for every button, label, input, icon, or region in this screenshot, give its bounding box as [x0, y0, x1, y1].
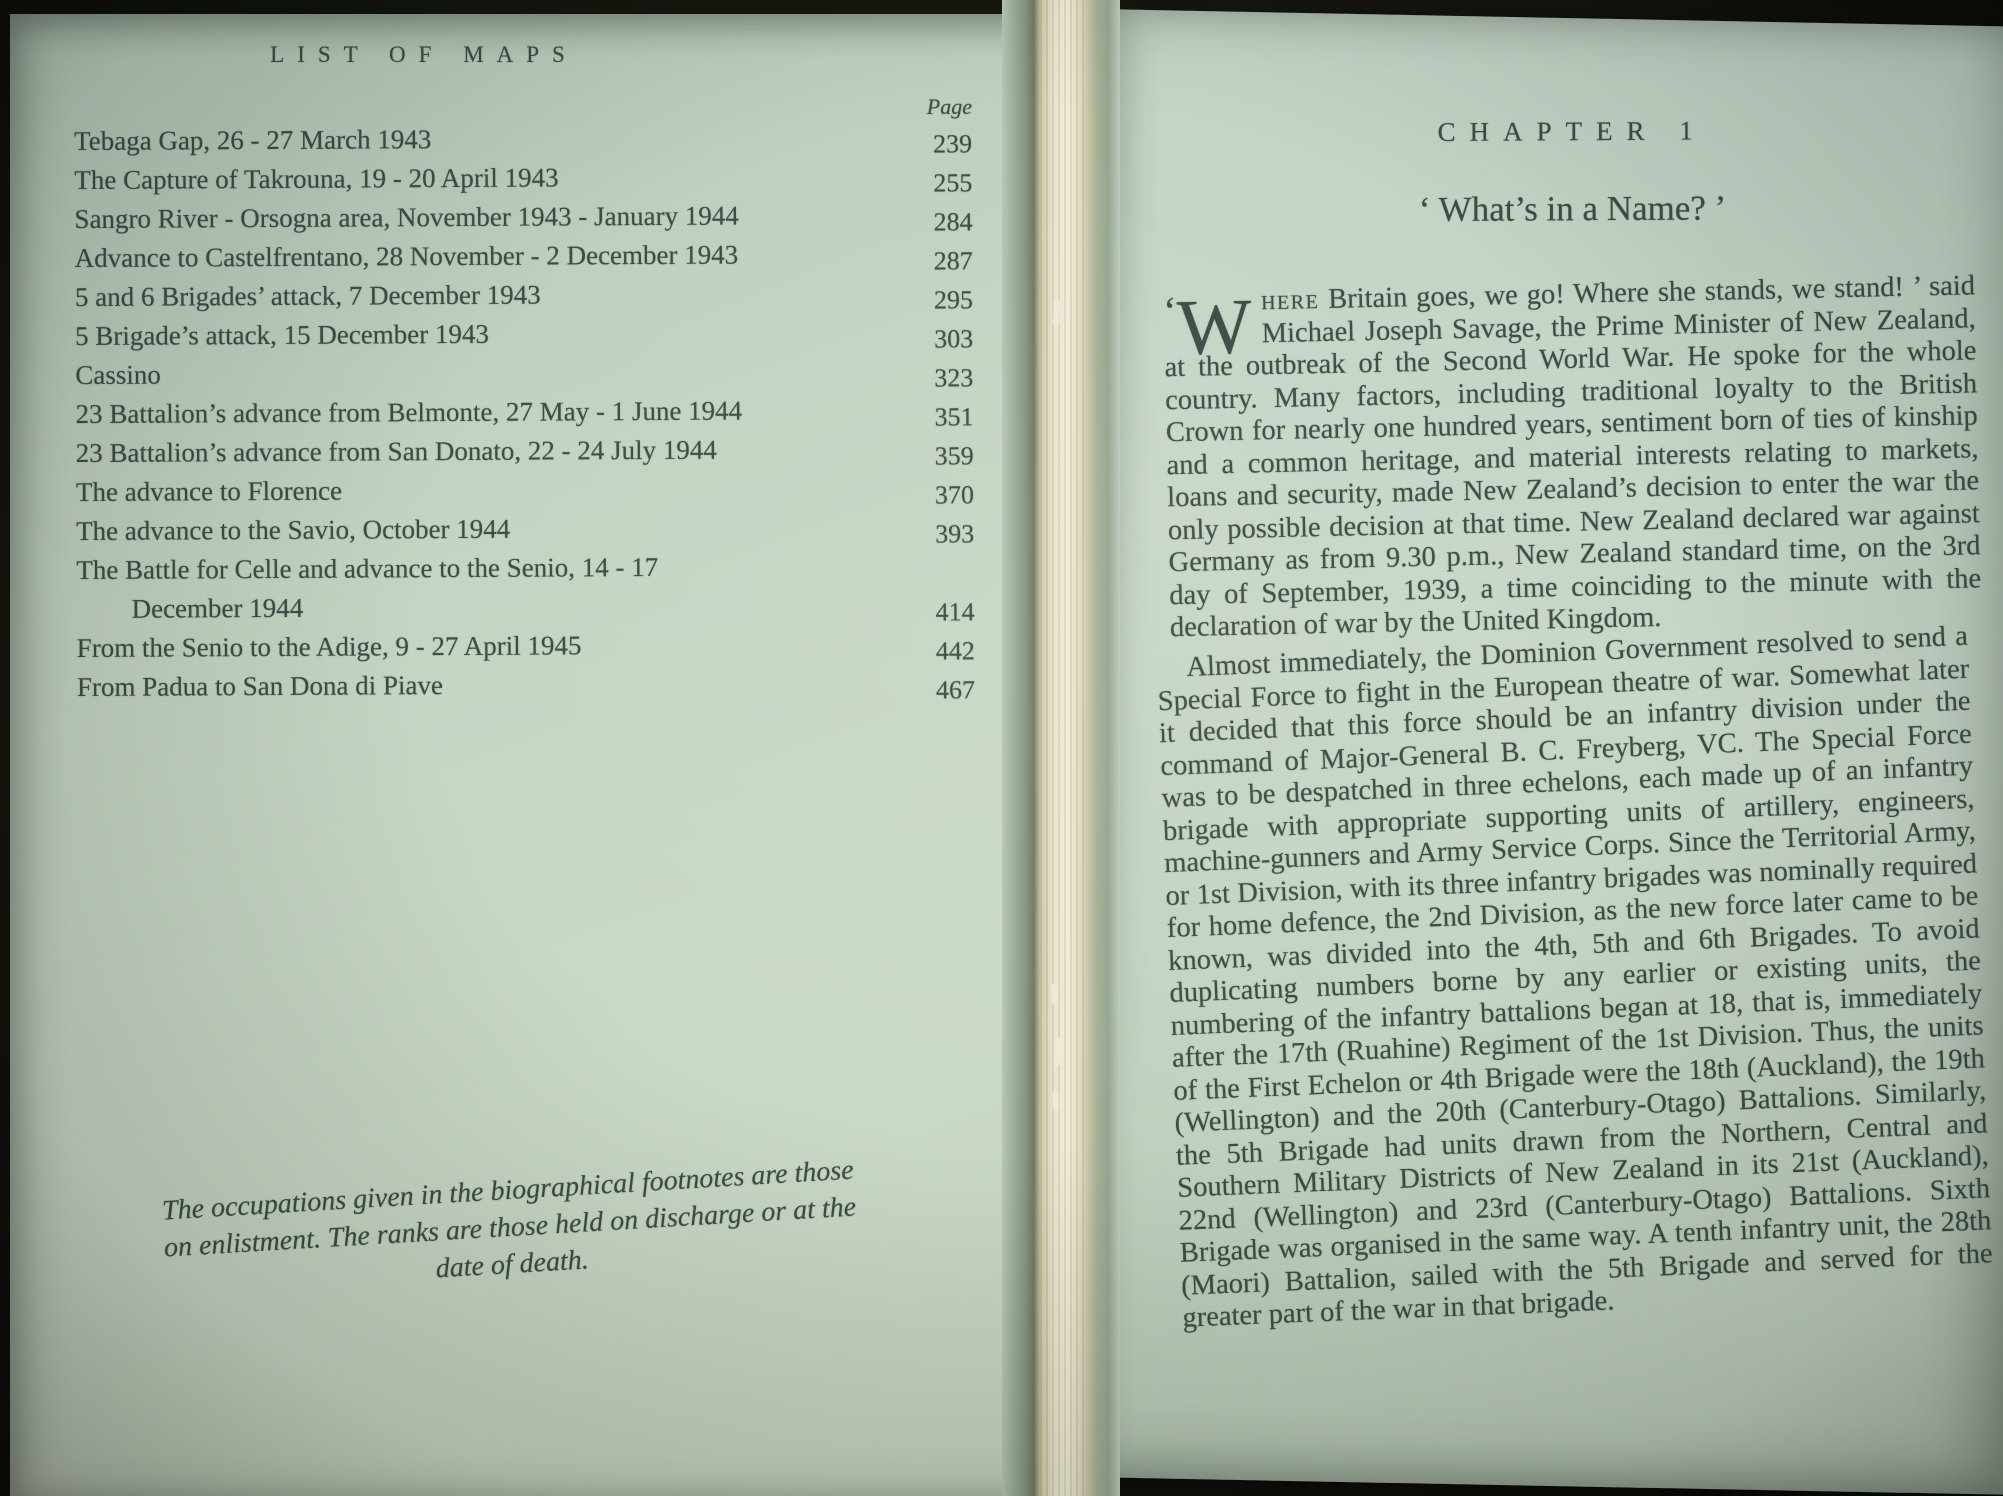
map-entry: The advance to Florence370 — [76, 468, 974, 512]
map-entry: Cassino323 — [75, 351, 973, 395]
map-entry-title: Tebaga Gap, 26 - 27 March 1943 — [74, 120, 431, 161]
map-entry-title: Cassino — [75, 356, 161, 395]
dropcap: ‘W — [1163, 289, 1252, 349]
smallcaps-lead: here — [1261, 284, 1320, 316]
map-entry-title: The Capture of Takrouna, 19 - 20 April 1… — [74, 158, 558, 200]
map-entry-title: 5 Brigade’s attack, 15 December 1943 — [75, 315, 489, 356]
left-page: LIST OF MAPS Page Tebaga Gap, 26 - 27 Ma… — [10, 14, 1050, 1496]
map-entry-page-number: 284 — [900, 202, 972, 241]
chapter-title: ‘ What’s in a Name? ’ — [1166, 187, 1978, 231]
map-entry-page-number: 351 — [901, 397, 973, 436]
map-list: Tebaga Gap, 26 - 27 March 1943239The Cap… — [74, 117, 975, 707]
open-book-photo: LIST OF MAPS Page Tebaga Gap, 26 - 27 Ma… — [0, 0, 2003, 1496]
map-entry: 23 Battalion’s advance from Belmonte, 27… — [75, 390, 973, 434]
map-entry-page-number: 370 — [902, 475, 974, 514]
map-entry-page-number: 323 — [901, 358, 973, 397]
map-entry-page-number: 467 — [903, 670, 975, 709]
list-of-maps-heading: LIST OF MAPS — [74, 42, 774, 68]
binding-stitch — [1053, 1092, 1059, 1110]
map-entry-title: The advance to Florence — [76, 472, 342, 512]
map-entry: Tebaga Gap, 26 - 27 March 1943239 — [74, 117, 972, 161]
map-entry-page-number: 442 — [903, 631, 975, 670]
biographical-footnote: The occupations given in the biographica… — [67, 1146, 952, 1309]
map-entry: 5 Brigade’s attack, 15 December 1943303 — [75, 312, 973, 356]
chapter-body: ‘Where Britain goes, we go! Where she st… — [1143, 287, 1975, 1350]
map-entry: The advance to the Savio, October 194439… — [76, 507, 974, 551]
map-entry-page-number: 255 — [900, 163, 972, 202]
map-entry-title: 23 Battalion’s advance from Belmonte, 27… — [75, 392, 742, 434]
map-entry-title: Advance to Castelfrentano, 28 November -… — [75, 236, 739, 278]
paragraph-1-text: Britain goes, we go! Where she stands, w… — [1164, 270, 1981, 643]
paragraph-1: ‘Where Britain goes, we go! Where she st… — [1163, 270, 1982, 644]
map-entry: The Capture of Takrouna, 19 - 20 April 1… — [74, 156, 972, 200]
map-entry: Advance to Castelfrentano, 28 November -… — [75, 234, 973, 278]
map-entry-title: The Battle for Celle and advance to the … — [76, 548, 658, 629]
map-entry: Sangro River - Orsogna area, November 19… — [74, 195, 972, 239]
map-entry-title: 23 Battalion’s advance from San Donato, … — [76, 431, 717, 473]
chapter-number: CHAPTER 1 — [1166, 114, 1978, 149]
page-column-label: Page — [74, 94, 972, 120]
chapter-heading-block: CHAPTER 1 ‘ What’s in a Name? ’ — [1166, 114, 1979, 231]
map-entry-page-number: 295 — [901, 280, 973, 319]
map-entry-page-number: 303 — [901, 319, 973, 358]
map-entry-title: From Padua to San Dona di Piave — [77, 666, 443, 707]
map-entry-title: Sangro River - Orsogna area, November 19… — [74, 197, 739, 239]
left-page-content: LIST OF MAPS Page Tebaga Gap, 26 - 27 Ma… — [10, 14, 1050, 1496]
right-page: CHAPTER 1 ‘ What’s in a Name? ’ ‘Where B… — [1084, 9, 2003, 1494]
map-entry: From Padua to San Dona di Piave467 — [77, 663, 975, 707]
map-entry: 5 and 6 Brigades’ attack, 7 December 194… — [75, 273, 973, 317]
map-entry-title: 5 and 6 Brigades’ attack, 7 December 194… — [75, 276, 541, 317]
page-edges — [1040, 0, 1085, 1496]
map-entry-page-number: 393 — [902, 514, 974, 553]
binding-stitch — [1051, 984, 1057, 1004]
map-entry: 23 Battalion’s advance from San Donato, … — [76, 429, 974, 473]
map-entry-page-number: 287 — [901, 241, 973, 280]
map-entry-title: From the Senio to the Adige, 9 - 27 Apri… — [77, 626, 582, 668]
right-page-content: CHAPTER 1 ‘ What’s in a Name? ’ ‘Where B… — [1084, 9, 2003, 1494]
map-entry-page-number: 359 — [902, 436, 974, 475]
map-entry: From the Senio to the Adige, 9 - 27 Apri… — [77, 624, 975, 668]
map-entry: The Battle for Celle and advance to the … — [76, 546, 974, 629]
opening-quote: ‘ — [1163, 288, 1177, 333]
map-entry-page-number: 239 — [900, 124, 972, 163]
paragraph-2: Almost immediately, the Dominion Governm… — [1156, 620, 1995, 1335]
map-entry-title: The advance to the Savio, October 1944 — [76, 510, 510, 551]
map-entry-page-number: 414 — [902, 592, 974, 631]
book-gutter — [1002, 0, 1120, 1496]
